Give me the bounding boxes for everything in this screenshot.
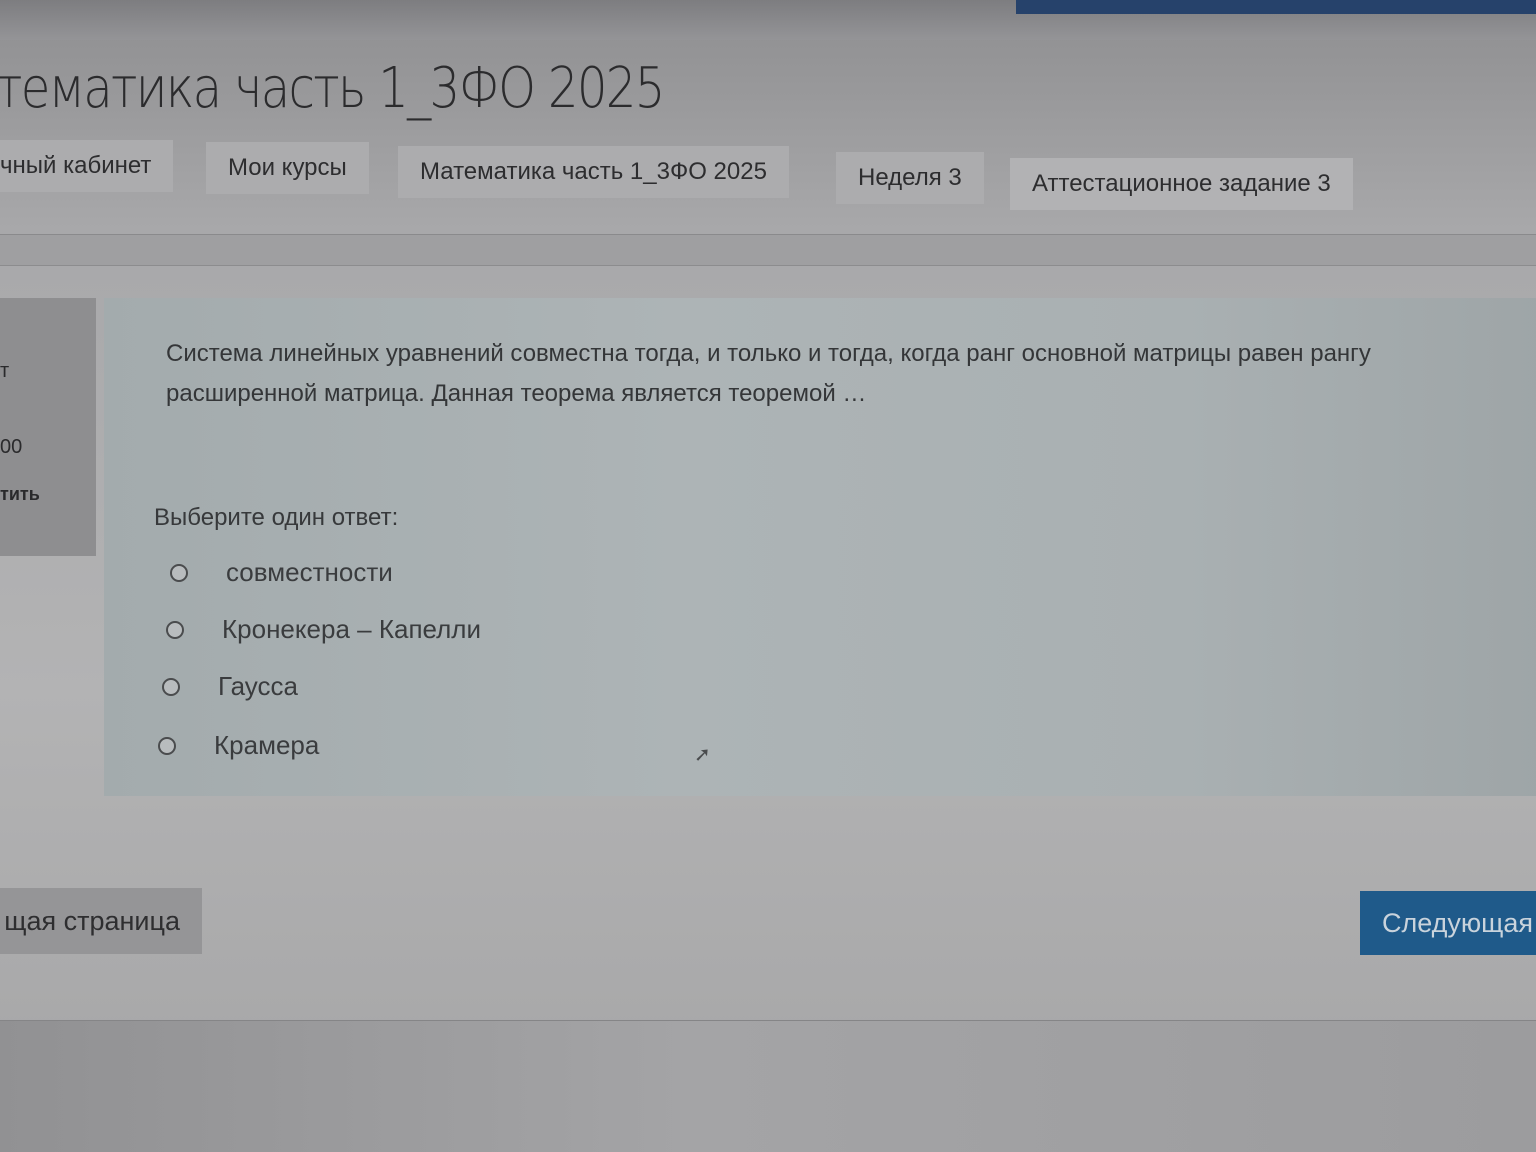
top-accent-strip [1016,0,1536,14]
question-status-text: т [0,360,9,383]
section-divider [0,234,1536,266]
breadcrumb-my-courses[interactable]: Мои курсы [206,142,369,194]
page-footer [0,1020,1536,1152]
radio-button[interactable] [158,737,176,755]
previous-page-button[interactable]: щая страница [0,888,202,954]
question-panel: Система линейных уравнений совместна тог… [104,298,1536,796]
breadcrumb-course[interactable]: Математика часть 1_3ФО 2025 [398,146,789,198]
question-max-mark: 00 [0,436,22,459]
breadcrumb-dashboard[interactable]: чный кабинет [0,140,173,192]
breadcrumb-current-quiz: Аттестационное задание 3 [1010,158,1353,210]
answer-label: Гаусса [218,671,298,702]
answer-option[interactable]: совместности [158,544,485,601]
next-page-button[interactable]: Следующая с [1360,891,1536,955]
browser-top-bar [0,0,1536,40]
page-title: тематика часть 1_3ФО 2025 [0,56,664,121]
question-info-panel: т 00 тить [0,298,96,556]
question-text: Система линейных уравнений совместна тог… [166,334,1486,414]
radio-button[interactable] [162,678,180,696]
answer-option[interactable]: Гаусса [150,658,477,715]
answer-option[interactable]: Кронекера – Капелли [154,601,481,658]
flag-question-link[interactable]: тить [0,484,40,505]
breadcrumb: чный кабинет Мои курсы Математика часть … [0,140,1400,214]
radio-button[interactable] [166,621,184,639]
answer-list: совместности Кронекера – Капелли Гаусса … [152,544,479,772]
answer-label: Крамера [214,730,319,761]
answer-option[interactable]: Крамера [146,717,473,774]
answer-prompt: Выберите один ответ: [154,504,398,532]
answer-label: совместности [226,557,393,588]
radio-button[interactable] [170,564,188,582]
breadcrumb-week[interactable]: Неделя 3 [836,152,984,204]
answer-label: Кронекера – Капелли [222,614,481,645]
mouse-cursor-icon: ➚ [694,742,711,767]
